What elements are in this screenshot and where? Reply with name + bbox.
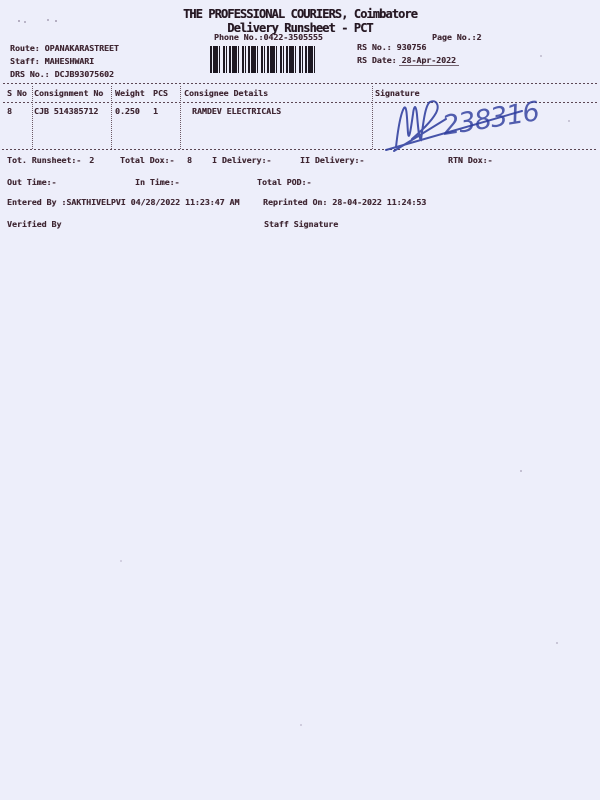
phone-value: 0422-3505555 — [263, 32, 322, 42]
table-row-weight: 0.250 — [115, 107, 140, 117]
tot-runsheet-value: 2 — [89, 155, 94, 165]
staff-line: Staff:MAHESHWARI — [10, 57, 94, 67]
reprinted-line: Reprinted On:28-04-2022 11:24:53 — [263, 198, 426, 208]
table-top-rule — [3, 83, 597, 84]
table-row-consignment: CJB 514385712 — [34, 107, 98, 117]
phone-label: Phone No.: — [214, 32, 263, 42]
signature-number-text: 238316 — [440, 96, 541, 142]
column-header-sno: S No — [7, 89, 27, 99]
staff-value: MAHESHWARI — [45, 56, 94, 66]
rs-no-value: 930756 — [397, 42, 427, 52]
column-header-pcs: PCS — [153, 89, 168, 99]
column-divider-3 — [180, 86, 181, 149]
table-row-consignee: RAMDEV ELECTRICALS — [192, 107, 281, 117]
out-time-label: Out Time:- — [7, 178, 56, 188]
company-title: THE PROFESSIONAL COURIERS, Coimbatore — [0, 7, 600, 21]
rs-date-underline — [399, 65, 459, 66]
drs-label: DRS No.: — [10, 69, 50, 79]
in-time-label: In Time:- — [135, 178, 180, 188]
column-header-consignment: Consignment No — [34, 89, 103, 99]
entered-by-label: Entered By : — [7, 197, 66, 207]
total-dox-value: 8 — [187, 156, 192, 166]
rs-no-label: RS No.: — [357, 42, 392, 52]
route-value: OPANAKARASTREET — [45, 43, 119, 53]
column-divider-1 — [32, 86, 33, 149]
column-divider-2 — [111, 86, 112, 149]
i-delivery-label: I Delivery:- — [212, 156, 271, 166]
scanned-delivery-runsheet: { "colors": { "paper": "#edeefa", "ink":… — [0, 0, 600, 800]
route-label: Route: — [10, 43, 40, 53]
rs-date-label: RS Date: — [357, 55, 397, 65]
drs-value: DCJB93075602 — [55, 69, 114, 79]
tot-runsheet: Tot. Runsheet:-2 — [7, 156, 94, 166]
reprinted-label: Reprinted On: — [263, 197, 327, 207]
reprinted-value: 28-04-2022 11:24:53 — [332, 197, 426, 207]
phone-line: Phone No.:0422-3505555 — [214, 33, 323, 43]
rtn-dox-label: RTN Dox:- — [448, 156, 493, 166]
drs-no-line: DRS No.:DCJB93075602 — [10, 70, 114, 80]
column-header-consignee: Consignee Details — [184, 89, 268, 99]
entered-by-value: SAKTHIVELPVI 04/28/2022 11:23:47 AM — [66, 197, 239, 207]
page-value: 2 — [477, 32, 482, 42]
ii-delivery-label: II Delivery:- — [300, 156, 364, 166]
total-pod-label: Total POD:- — [257, 178, 311, 188]
page-number-line: Page No.:2 — [432, 33, 481, 43]
verified-by-label: Verified By — [7, 220, 61, 230]
staff-label: Staff: — [10, 56, 40, 66]
scan-noise-specks — [0, 0, 2, 2]
staff-signature-label: Staff Signature — [264, 220, 338, 230]
column-header-weight: Weight — [115, 89, 145, 99]
total-dox-label: Total Dox:- — [120, 156, 174, 166]
route-line: Route:OPANAKARASTREET — [10, 44, 119, 54]
rs-date-value: 28-Apr-2022 — [402, 55, 456, 65]
table-row-sno: 8 — [7, 107, 12, 117]
page-label: Page No.: — [432, 32, 477, 42]
tot-runsheet-label: Tot. Runsheet:- — [7, 155, 81, 165]
column-divider-4 — [372, 86, 373, 149]
signature-scribble: 238316 — [374, 95, 556, 155]
barcode-image — [210, 46, 317, 73]
table-row-pcs: 1 — [153, 107, 158, 117]
entered-by-line: Entered By :SAKTHIVELPVI 04/28/2022 11:2… — [7, 198, 239, 208]
rs-no-line: RS No.:930756 — [357, 43, 426, 53]
